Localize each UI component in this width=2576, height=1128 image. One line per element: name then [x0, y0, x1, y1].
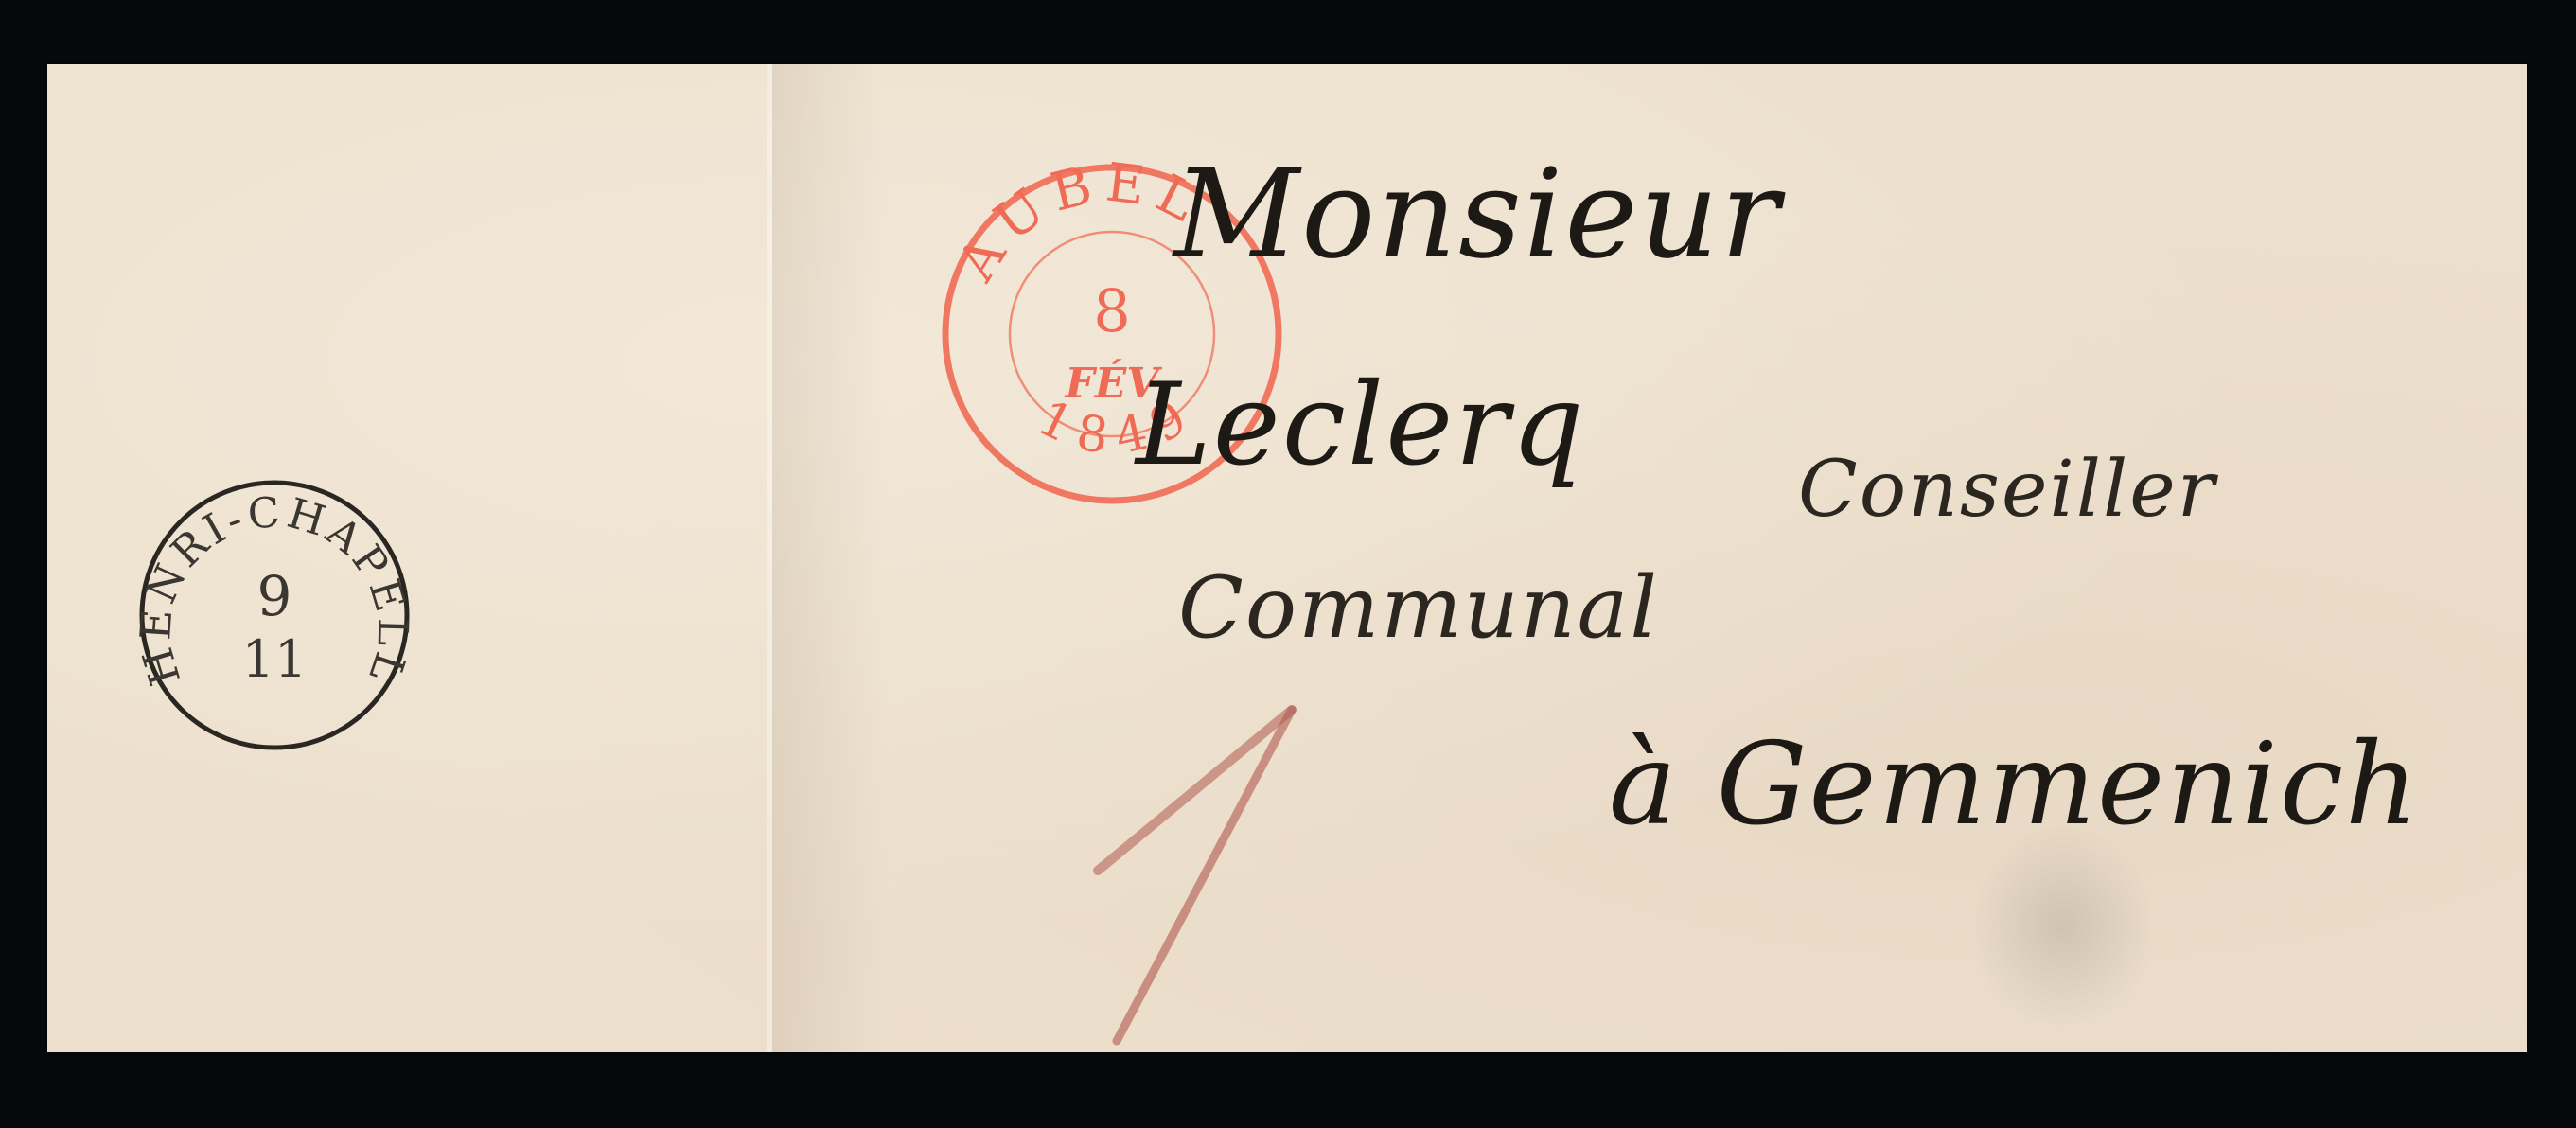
address-title-line2: Communal	[1178, 558, 1659, 658]
address-name: Leclerq	[1136, 360, 1585, 491]
fold-shadow	[772, 64, 886, 1052]
henri-chapelle-postmark: HENRI-CHAPELLE 9 11	[132, 473, 416, 762]
address-title-line1: Conseiller	[1798, 445, 2216, 535]
crayon-mark-value: 1	[1041, 681, 1042, 682]
ink-stain	[1968, 821, 2158, 1030]
henri-chapelle-day: 9	[257, 564, 292, 628]
henri-chapelle-hour: 11	[242, 629, 308, 689]
address-salutation: Monsieur	[1173, 142, 1781, 286]
crayon-postage-mark: 1	[1041, 681, 1353, 1065]
address-destination: à Gemmenich	[1609, 719, 2420, 851]
aubel-day: 8	[1093, 276, 1130, 345]
